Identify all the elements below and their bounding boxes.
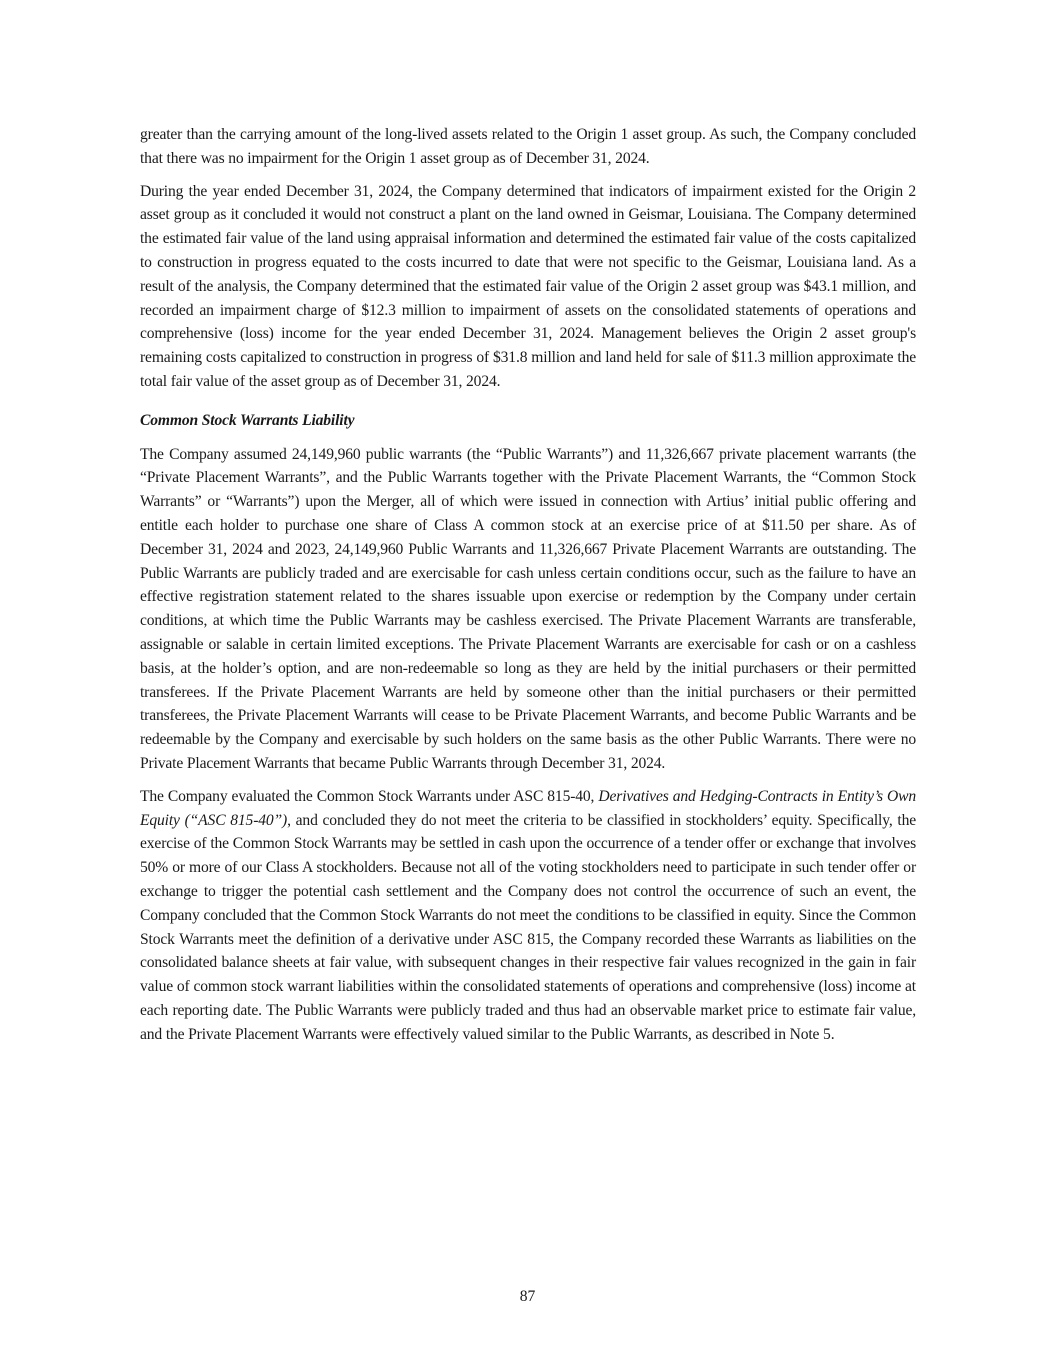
paragraph-asc-815-evaluation: The Company evaluated the Common Stock W…	[140, 785, 916, 1047]
asc-text-part-2: , and concluded they do not meet the cri…	[140, 812, 916, 1043]
paragraph-origin-2-impairment: During the year ended December 31, 2024,…	[140, 180, 916, 394]
section-heading-warrants-liability: Common Stock Warrants Liability	[140, 409, 916, 433]
paragraph-warrants-assumed: The Company assumed 24,149,960 public wa…	[140, 443, 916, 776]
page-number: 87	[0, 1288, 1055, 1306]
asc-text-part-1: The Company evaluated the Common Stock W…	[140, 788, 598, 805]
document-page: greater than the carrying amount of the …	[140, 123, 916, 1055]
paragraph-origin-1-conclusion: greater than the carrying amount of the …	[140, 123, 916, 171]
